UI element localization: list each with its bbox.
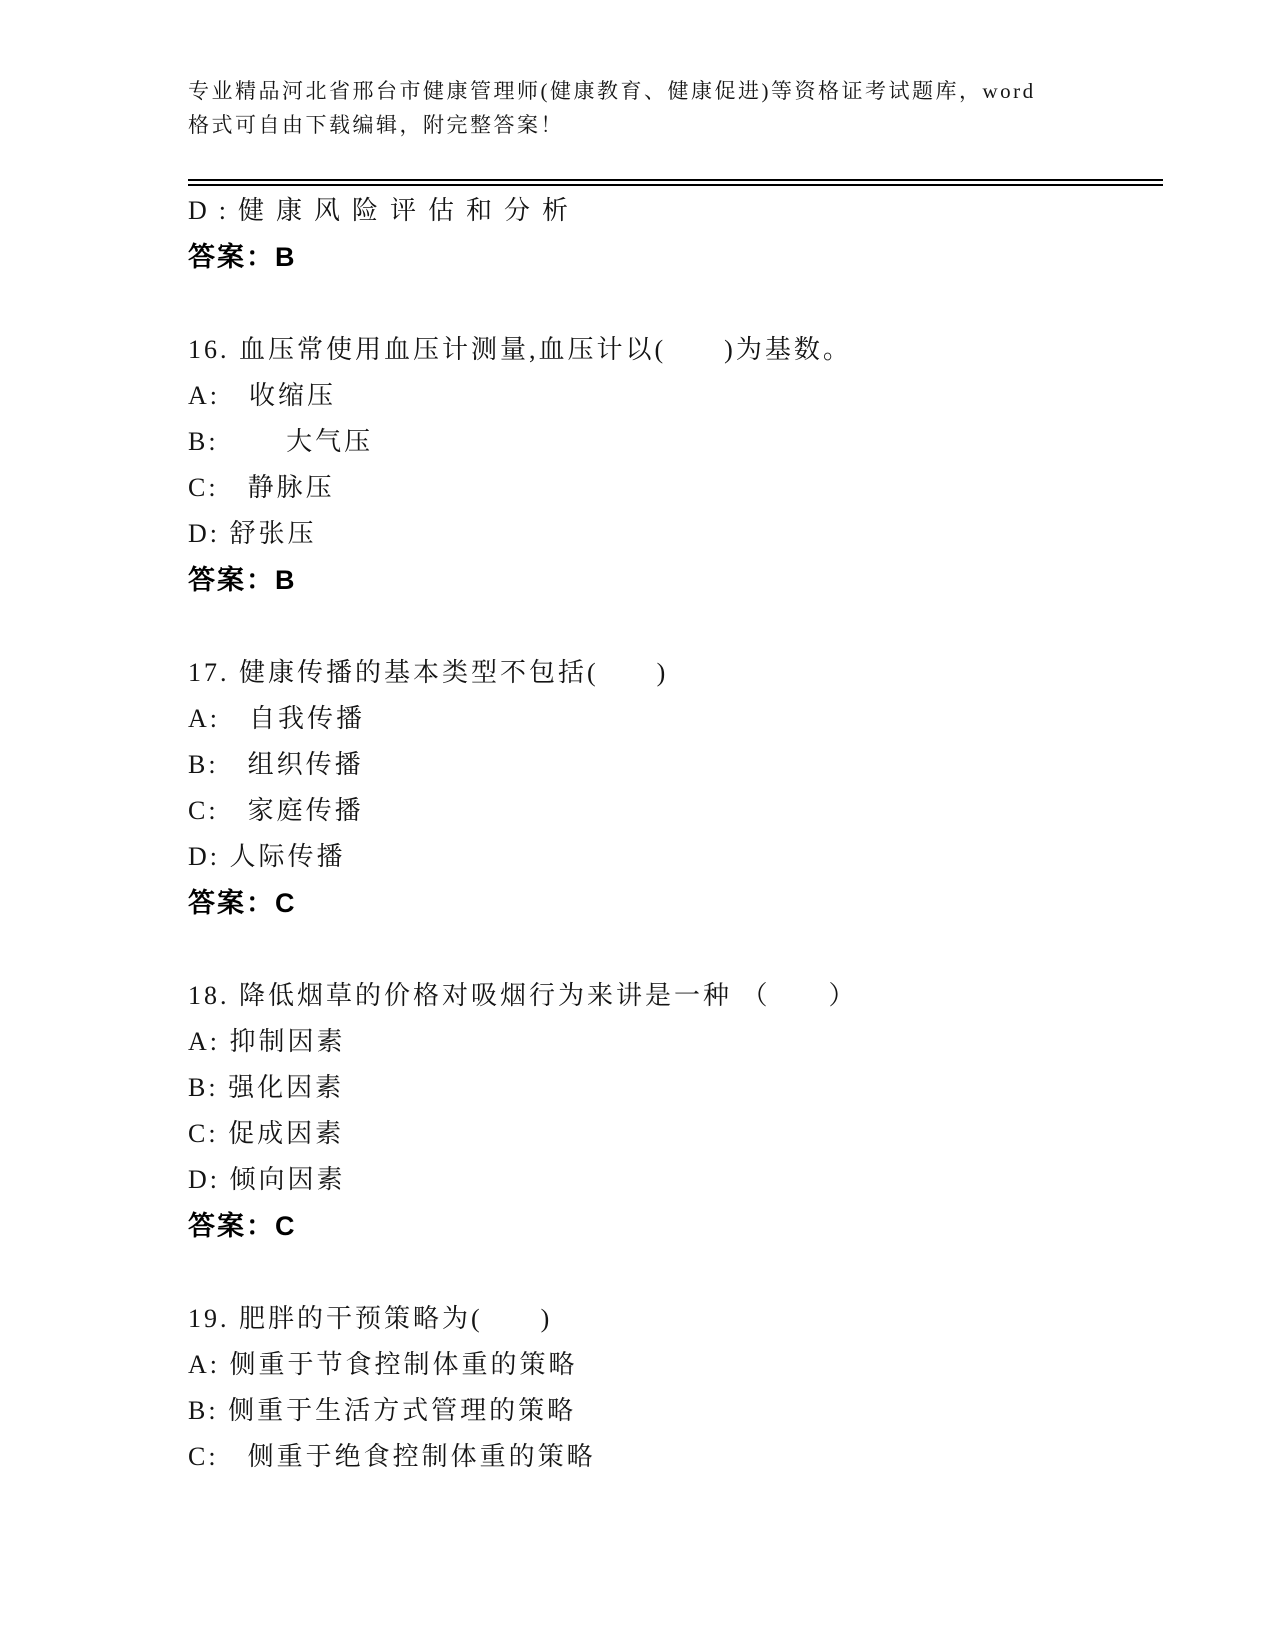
question-17-answer: 答案：C bbox=[188, 880, 1165, 926]
question-16-option-c: C: 静脉压 bbox=[188, 465, 1165, 511]
question-18-answer: 答案：C bbox=[188, 1203, 1165, 1249]
question-16: 16. 血压常使用血压计测量,血压计以( )为基数。 A: 收缩压 B: 大气压… bbox=[188, 327, 1165, 603]
page-header: 专业精品河北省邢台市健康管理师(健康教育、健康促进)等资格证考试题库，word … bbox=[188, 74, 1165, 142]
question-19-option-b: B: 侧重于生活方式管理的策略 bbox=[188, 1388, 1165, 1434]
header-line-1: 专业精品河北省邢台市健康管理师(健康教育、健康促进)等资格证考试题库，word bbox=[188, 74, 1165, 108]
question-17: 17. 健康传播的基本类型不包括( ) A: 自我传播 B: 组织传播 C: 家… bbox=[188, 650, 1165, 926]
question-17-title: 17. 健康传播的基本类型不包括( ) bbox=[188, 650, 1165, 696]
carryover-option-d: D:健康风险评估和分析 bbox=[188, 188, 1165, 234]
question-17-option-c: C: 家庭传播 bbox=[188, 788, 1165, 834]
question-17-option-b: B: 组织传播 bbox=[188, 742, 1165, 788]
question-16-option-b: B: 大气压 bbox=[188, 419, 1165, 465]
document-body: D:健康风险评估和分析 答案：B 16. 血压常使用血压计测量,血压计以( )为… bbox=[188, 188, 1165, 1480]
header-divider bbox=[188, 179, 1163, 186]
question-16-option-d: D: 舒张压 bbox=[188, 511, 1165, 557]
question-16-answer: 答案：B bbox=[188, 557, 1165, 603]
question-19-title: 19. 肥胖的干预策略为( ) bbox=[188, 1296, 1165, 1342]
question-16-title: 16. 血压常使用血压计测量,血压计以( )为基数。 bbox=[188, 327, 1165, 373]
question-19-option-a: A: 侧重于节食控制体重的策略 bbox=[188, 1342, 1165, 1388]
question-18-option-b: B: 强化因素 bbox=[188, 1065, 1165, 1111]
question-16-option-a: A: 收缩压 bbox=[188, 373, 1165, 419]
document-content: 专业精品河北省邢台市健康管理师(健康教育、健康促进)等资格证考试题库，word … bbox=[188, 74, 1165, 1480]
carryover-answer: 答案：B bbox=[188, 234, 1165, 280]
question-17-option-d: D: 人际传播 bbox=[188, 834, 1165, 880]
question-19-option-c: C: 侧重于绝食控制体重的策略 bbox=[188, 1434, 1165, 1480]
question-18-option-a: A: 抑制因素 bbox=[188, 1019, 1165, 1065]
document-page: 专业精品河北省邢台市健康管理师(健康教育、健康促进)等资格证考试题库，word … bbox=[0, 0, 1275, 1650]
question-18-title: 18. 降低烟草的价格对吸烟行为来讲是一种 （ ） bbox=[188, 973, 1165, 1019]
question-18-option-c: C: 促成因素 bbox=[188, 1111, 1165, 1157]
question-18: 18. 降低烟草的价格对吸烟行为来讲是一种 （ ） A: 抑制因素 B: 强化因… bbox=[188, 973, 1165, 1249]
header-line-2: 格式可自由下载编辑，附完整答案！ bbox=[188, 108, 1165, 142]
question-18-option-d: D: 倾向因素 bbox=[188, 1157, 1165, 1203]
question-17-option-a: A: 自我传播 bbox=[188, 696, 1165, 742]
question-19: 19. 肥胖的干预策略为( ) A: 侧重于节食控制体重的策略 B: 侧重于生活… bbox=[188, 1296, 1165, 1480]
